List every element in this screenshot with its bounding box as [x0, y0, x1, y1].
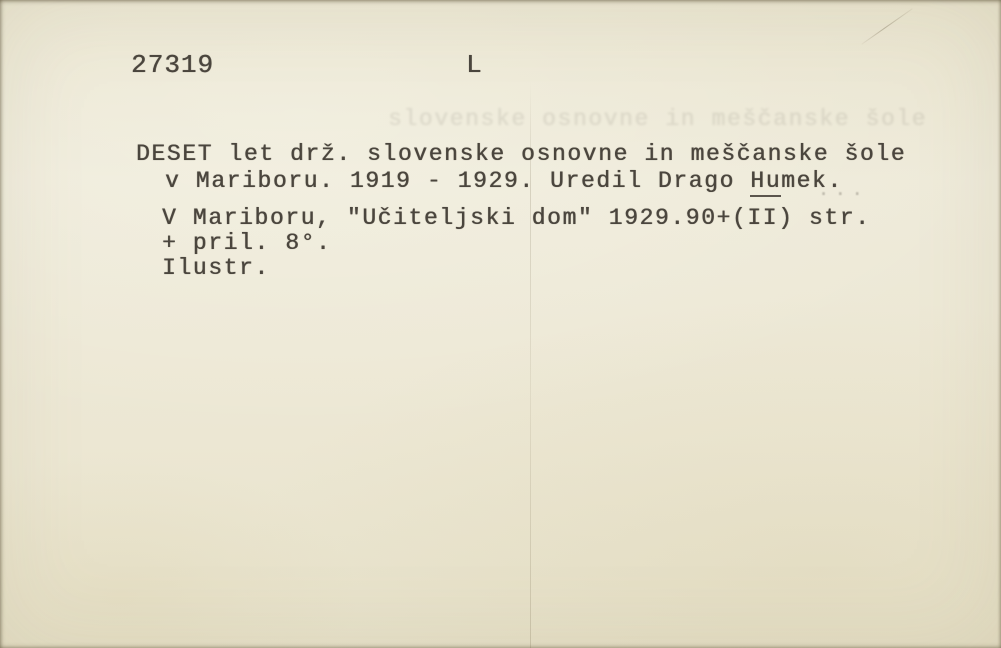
catalog-card: 27319 L slovenske osnovne in meščanske š… — [0, 0, 1001, 648]
trailing-ghost-marks: ... — [818, 182, 868, 200]
illustration-note: Ilustr. — [162, 257, 270, 280]
filing-letters-underlined: Hu — [750, 168, 781, 197]
entry-title-line-2: v Mariboru. 1919 - 1929. Uredil Drago Hu… — [165, 170, 843, 193]
collation-line: + pril. 8°. — [162, 232, 331, 255]
vertical-crease — [530, 82, 531, 648]
entry-title-line-1: DESET let drž. slovenske osnovne in mešč… — [136, 143, 906, 166]
entry-title-line-2-pre: v Mariboru. 1919 - 1929. Uredil Drago — [165, 168, 750, 194]
diagonal-corner-crease — [861, 8, 912, 44]
classification-letter: L — [466, 52, 483, 78]
ghost-ribbon-impression: slovenske osnovne in meščanske šole — [388, 108, 927, 131]
catalog-number: 27319 — [131, 52, 214, 78]
imprint-line: V Mariboru, "Učiteljski dom" 1929.90+(II… — [162, 207, 871, 230]
